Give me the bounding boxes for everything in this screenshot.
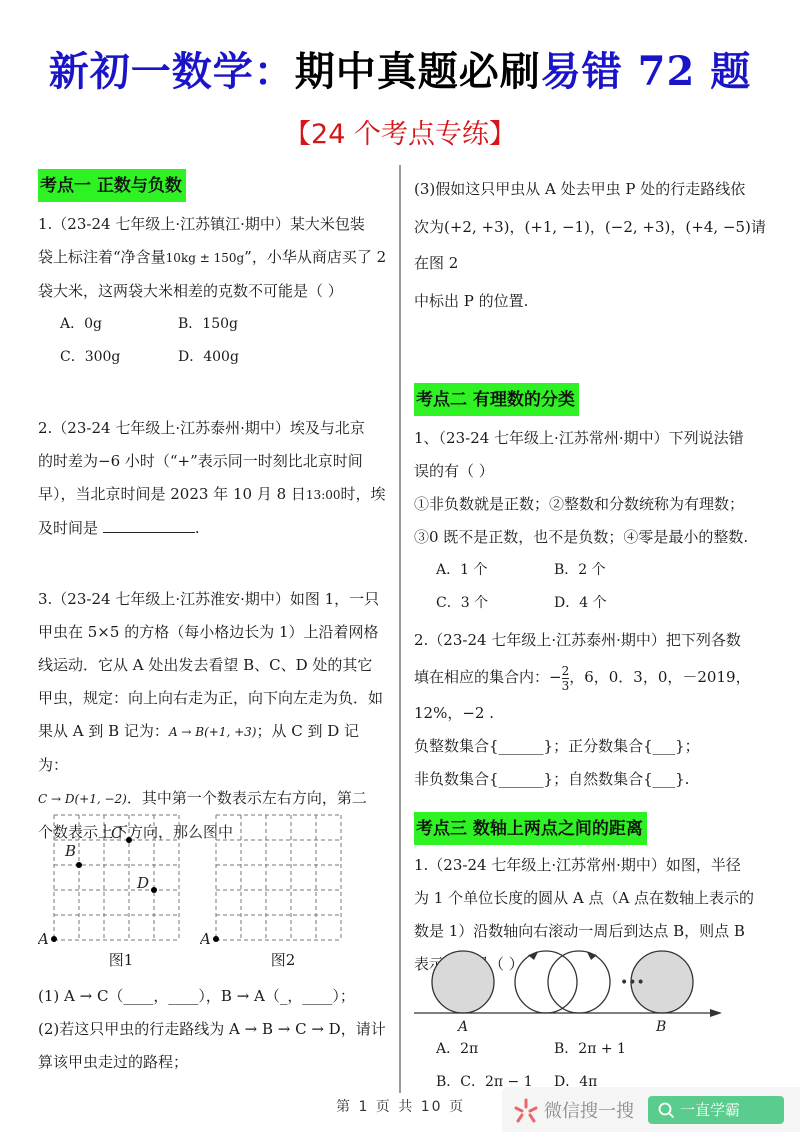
option-d[interactable]: D．4 个 <box>554 587 672 620</box>
point-label-b: B <box>64 842 76 860</box>
q3-sub-2-line-2: 算该甲虫走过的路程； <box>38 1046 388 1079</box>
wechat-search-bar[interactable]: 微信搜一搜 一直学霸 <box>502 1087 800 1132</box>
q1-text: ”，小华从商店买了 2 <box>244 248 386 266</box>
q3-text: 果从 A 到 B 记为： <box>38 722 169 740</box>
q1-net-weight: 10kg ± 150g <box>166 251 245 265</box>
q2-line-3: 早），当北京时间是 2023 年 10 月 8 日13:00时，埃 <box>38 478 388 512</box>
s2q1-options-row-2: C．3 个 D．4 个 <box>414 587 774 620</box>
section-badge-3: 考点三 数轴上两点之间的距离 <box>414 812 647 845</box>
question-3-continued: (3)假如这只甲虫从 A 处去甲虫 P 处的行走路线依 次为(+2, +3)，(… <box>414 169 774 321</box>
wechat-search-button[interactable]: 一直学霸 <box>648 1096 784 1124</box>
title-part-3: 易错 72 题 <box>541 48 752 95</box>
s2q2-line-1: 2.（23-24 七年级上·江苏泰州·期中）把下列各数 <box>414 624 774 657</box>
point-label-a: A <box>38 930 49 945</box>
option-a[interactable]: A．0g <box>60 308 178 341</box>
page-number: 第 1 页 共 10 页 <box>336 1096 465 1116</box>
section-badge-2: 考点二 有理数的分类 <box>414 383 579 416</box>
s2q2-line-5: 非负数集合{______}；自然数集合{___}. <box>414 763 774 796</box>
q2-time: 13:00 <box>306 488 341 502</box>
figure-1-label: 图1 <box>38 949 188 970</box>
s3q1-line-3: 数是 1）沿数轴向右滚动一周后到达点 B，则点 B <box>414 915 774 948</box>
wechat-search-label: 微信搜一搜 <box>544 1097 634 1123</box>
s2q1-line-1: 1、（23-24 七年级上·江苏常州·期中）下列说法错 <box>414 422 774 455</box>
q3-math: C → D(+1, −2) <box>38 792 127 806</box>
q3-subquestions: (1) A → C（____，____），B → A（_，____）； (2)若… <box>38 980 388 1079</box>
q3-line-5: 果从 A 到 B 记为：A → B(+1, +3)；从 C 到 D 记为： <box>38 715 388 782</box>
q1-options-row-2: C．300g D．400g <box>38 341 388 374</box>
number-line-diagram: ••• A B <box>410 946 730 1036</box>
s2q1-line-2: 误的有（ ） <box>414 455 774 488</box>
q3-sub-1: (1) A → C（____，____），B → A（_，____）； <box>38 980 388 1013</box>
page-subtitle: 【24 个考点专练】 <box>0 112 800 151</box>
title-part-1: 新初一数学： <box>49 48 295 95</box>
q3-sub-2-line-1: (2)若这只甲虫的行走路线为 A → B → C → D，请计 <box>38 1013 388 1046</box>
q3-line-2: 甲虫在 5×5 的方格（每小格边长为 1）上沿着网格 <box>38 616 388 649</box>
q3-line-1: 3.（23-24 七年级上·江苏淮安·期中）如图 1，一只 <box>38 583 388 616</box>
q3-3-line-3: 中标出 P 的位置. <box>414 281 774 321</box>
q1-options-row-1: A．0g B．150g <box>38 308 388 341</box>
search-icon <box>658 1102 674 1118</box>
page-title: 新初一数学：期中真题必刷易错 72 题 <box>0 40 800 97</box>
option-c[interactable]: C．3 个 <box>436 587 554 620</box>
q2-line-1: 2.（23-24 七年级上·江苏泰州·期中）埃及与北京 <box>38 412 388 445</box>
question-2: 2.（23-24 七年级上·江苏泰州·期中）埃及与北京 的时差为−6 小时（“+… <box>38 412 388 545</box>
s2q2-text: ，6，0．3，0，－2019， <box>569 668 750 686</box>
title-part-2: 期中真题必刷 <box>295 48 541 95</box>
section-badge-1: 考点一 正数与负数 <box>38 169 186 202</box>
figure-1: A B C D 图1 <box>38 810 188 990</box>
q2-text: 时，埃 <box>341 485 386 503</box>
q3-math: A → B(+1, +3) <box>169 725 257 739</box>
wechat-search-query: 一直学霸 <box>680 1099 740 1120</box>
q3-3-line-1: (3)假如这只甲虫从 A 处去甲虫 P 处的行走路线依 <box>414 169 774 209</box>
s2q2-line-2: 填在相应的集合内：−23，6，0．3，0，－2019， <box>414 657 774 697</box>
q1-line-3: 袋大米，这两袋大米相差的克数不可能是（ ） <box>38 275 388 308</box>
option-b[interactable]: B．2 个 <box>554 554 672 587</box>
rolling-circle-figure: ••• A B <box>410 946 730 1036</box>
option-c[interactable]: C．300g <box>60 341 178 374</box>
question-1: 1.（23-24 七年级上·江苏镇江·期中）某大米包装 袋上标注着“净含量10k… <box>38 208 388 374</box>
answer-blank[interactable] <box>103 518 195 533</box>
s3q1-options-row-1: A．2π B．2π + 1 <box>414 1033 774 1066</box>
figure-2: A 图2 <box>200 810 350 990</box>
axis-arrow-icon <box>710 1009 722 1017</box>
s3q1-line-1: 1.（23-24 七年级上·江苏常州·期中）如图，半径 <box>414 849 774 882</box>
q3-line-4: 甲虫，规定：向上向右走为正，向下向左走为负．如 <box>38 682 388 715</box>
point-label-c: C <box>111 824 123 842</box>
s2q1-line-3: ①非负数就是正数；②整数和分数统称为有理数； <box>414 488 774 521</box>
s2q1-options-row-1: A．1 个 B．2 个 <box>414 554 774 587</box>
grid-figure-1: A B C D <box>38 810 188 945</box>
q1-text: 袋上标注着“净含量 <box>38 248 166 266</box>
q3-text: ．其中第一个数表示左右方向，第二 <box>127 789 367 807</box>
q1-line-1: 1.（23-24 七年级上·江苏镇江·期中）某大米包装 <box>38 208 388 241</box>
q2-text: 早），当北京时间是 2023 年 10 月 8 日 <box>38 485 306 503</box>
q2-line-4: 及时间是 . <box>38 512 388 545</box>
s2q2-line-4: 负整数集合{______}；正分数集合{___}； <box>414 730 774 763</box>
right-column: (3)假如这只甲虫从 A 处去甲虫 P 处的行走路线依 次为(+2, +3)，(… <box>414 165 774 981</box>
wechat-search-logo-icon <box>512 1096 540 1124</box>
s2q2-line-3: 12%，−2 . <box>414 697 774 730</box>
grid-figure-2[interactable]: A <box>200 810 350 945</box>
point-label-d: D <box>136 874 149 892</box>
q2-text: 及时间是 <box>38 519 98 537</box>
section-2-question-2: 2.（23-24 七年级上·江苏泰州·期中）把下列各数 填在相应的集合内：−23… <box>414 624 774 796</box>
q3-line-3: 线运动．它从 A 处出发去看望 B、C、D 处的其它 <box>38 649 388 682</box>
option-b[interactable]: B．2π + 1 <box>554 1033 672 1066</box>
s3q1-line-2: 为 1 个单位长度的圆从 A 点（A 点在数轴上表示的 <box>414 882 774 915</box>
option-a[interactable]: A．1 个 <box>436 554 554 587</box>
option-d[interactable]: D．400g <box>178 341 296 374</box>
q1-line-2: 袋上标注着“净含量10kg ± 150g”，小华从商店买了 2 <box>38 241 388 275</box>
option-a[interactable]: A．2π <box>436 1033 554 1066</box>
point-label-a: A <box>200 930 211 945</box>
s2q2-text: 填在相应的集合内：− <box>414 668 562 686</box>
q2-line-2: 的时差为−6 小时（“+”表示同一时刻比北京时间 <box>38 445 388 478</box>
column-divider <box>399 165 401 1093</box>
section-2-question-1: 1、（23-24 七年级上·江苏常州·期中）下列说法错 误的有（ ） ①非负数就… <box>414 422 774 620</box>
left-column: 考点一 正数与负数 1.（23-24 七年级上·江苏镇江·期中）某大米包装 袋上… <box>38 165 388 849</box>
ellipsis-dots: ••• <box>620 975 645 991</box>
option-b[interactable]: B．150g <box>178 308 296 341</box>
figure-2-label: 图2 <box>200 949 350 970</box>
q2-text: . <box>195 519 200 537</box>
q3-3-line-2: 次为(+2, +3)，(+1, −1)，(−2, +3)，(+4, −5)请在图… <box>414 209 774 281</box>
s2q1-line-4: ③0 既不是正数，也不是负数；④零是最小的整数. <box>414 521 774 554</box>
